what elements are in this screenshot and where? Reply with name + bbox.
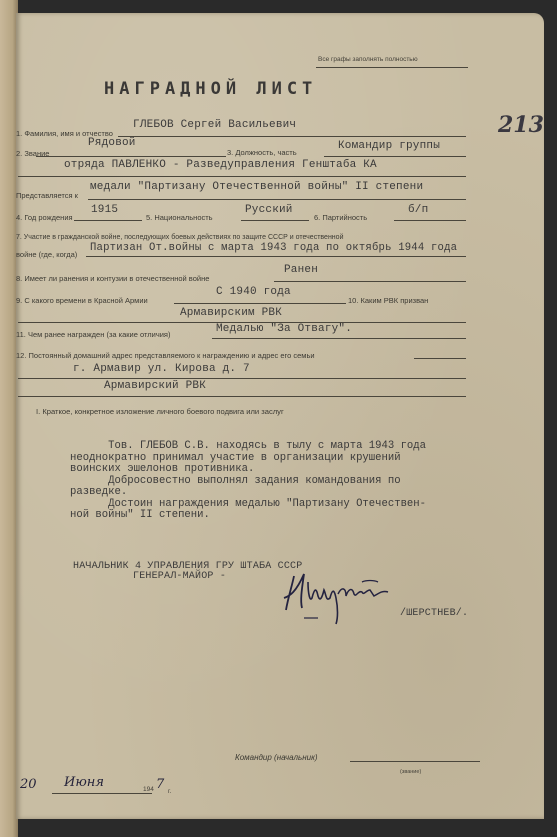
army-since-line [174,303,346,304]
page-number: 213 [498,112,544,138]
document-title: НАГРАДНОЙ ЛИСТ [104,79,317,99]
award-sheet-page: Все графы заполнять полностью НАГРАДНОЙ … [16,13,544,819]
nationality-label: 5. Национальность [146,213,213,222]
participation-label-2: войне (где, когда) [16,250,77,259]
birth-label: 4. Год рождения [16,213,73,222]
address-line-2 [18,396,466,397]
signatory-rank: ГЕНЕРАЛ-МАЙОР - [133,571,226,582]
rvk-label: 10. Каким РВК призван [348,296,428,305]
narrative: Тов. ГЛЕБОВ С.В. находясь в тылу с марта… [70,441,426,522]
name-line [118,136,466,137]
header-note: Все графы заполнять полностью [318,56,418,63]
date-month: Июня [64,775,104,790]
address-label-line [414,358,466,359]
wounds-line [274,281,466,282]
commander-line [350,761,480,762]
date-year-suffix: 7 [156,777,164,792]
army-since-label: 9. С какого времени в Красной Армии [16,296,148,305]
date-year-prefix: 194 [143,786,154,793]
nominated-value: медали "Партизану Отечественной войны" I… [90,181,423,193]
name-value: ГЛЕБОВ Сергей Васильевич [133,119,296,131]
participation-line [86,256,466,257]
participation-label-1: 7. Участие в гражданской войне, последую… [16,234,343,241]
nationality-line [241,220,309,221]
rank-caption: (звание) [400,769,421,775]
date-year-end: г. [168,788,171,795]
prev-awards-value: Медалью "За Отвагу". [216,323,352,335]
signatory-name: /ШЕРСТНЕВ/. [400,608,468,619]
narrative-line: разведке. [70,487,426,499]
wounds-value: Ранен [284,264,318,276]
header-note-underline [316,67,468,68]
date-month-line [52,793,152,794]
address-line-1 [18,378,466,379]
unit-value: отряда ПАВЛЕНКО - Разведуправления Геншт… [64,159,377,171]
unit-line [18,176,466,177]
narrative-line: ной войны" II степени. [70,510,426,522]
party-line [394,220,466,221]
birth-line [74,220,142,221]
handwritten-signature [278,568,396,628]
party-value: б/п [408,204,428,216]
nominated-label: Представляется к [16,191,78,200]
prev-awards-line [212,338,466,339]
commander-label: Командир (начальник) [235,753,318,762]
rank-line [36,156,226,157]
narrative-line: Тов. ГЛЕБОВ С.В. находясь в тылу с марта… [70,441,426,453]
prev-awards-label: 11. Чем ранее награжден (за какие отличи… [16,330,171,339]
army-since-value: С 1940 года [216,286,291,298]
nationality-value: Русский [245,204,293,216]
address-value-2: Армавирский РВК [104,380,206,392]
party-label: 6. Партийность [314,213,367,222]
narrative-line: воинских эшелонов противника. [70,464,426,476]
participation-value: Партизан От.войны с марта 1943 года по о… [90,242,457,254]
position-line [324,156,466,157]
address-value-1: г. Армавир ул. Кирова д. 7 [73,363,250,375]
date-day: 20 [20,777,37,792]
position-label: 3. Должность, часть [227,148,297,157]
position-value: Командир группы [338,140,440,152]
rank-value: Рядовой [88,137,136,149]
birth-value: 1915 [91,204,118,216]
wounds-label: 8. Имеет ли ранения и контузии в отечест… [16,274,209,283]
rvk-value: Армавирским РВК [180,307,282,319]
address-label: 12. Постоянный домашний адрес представля… [16,351,315,360]
section-heading: I. Краткое, конкретное изложение личного… [36,407,284,416]
nominated-line [88,199,466,200]
